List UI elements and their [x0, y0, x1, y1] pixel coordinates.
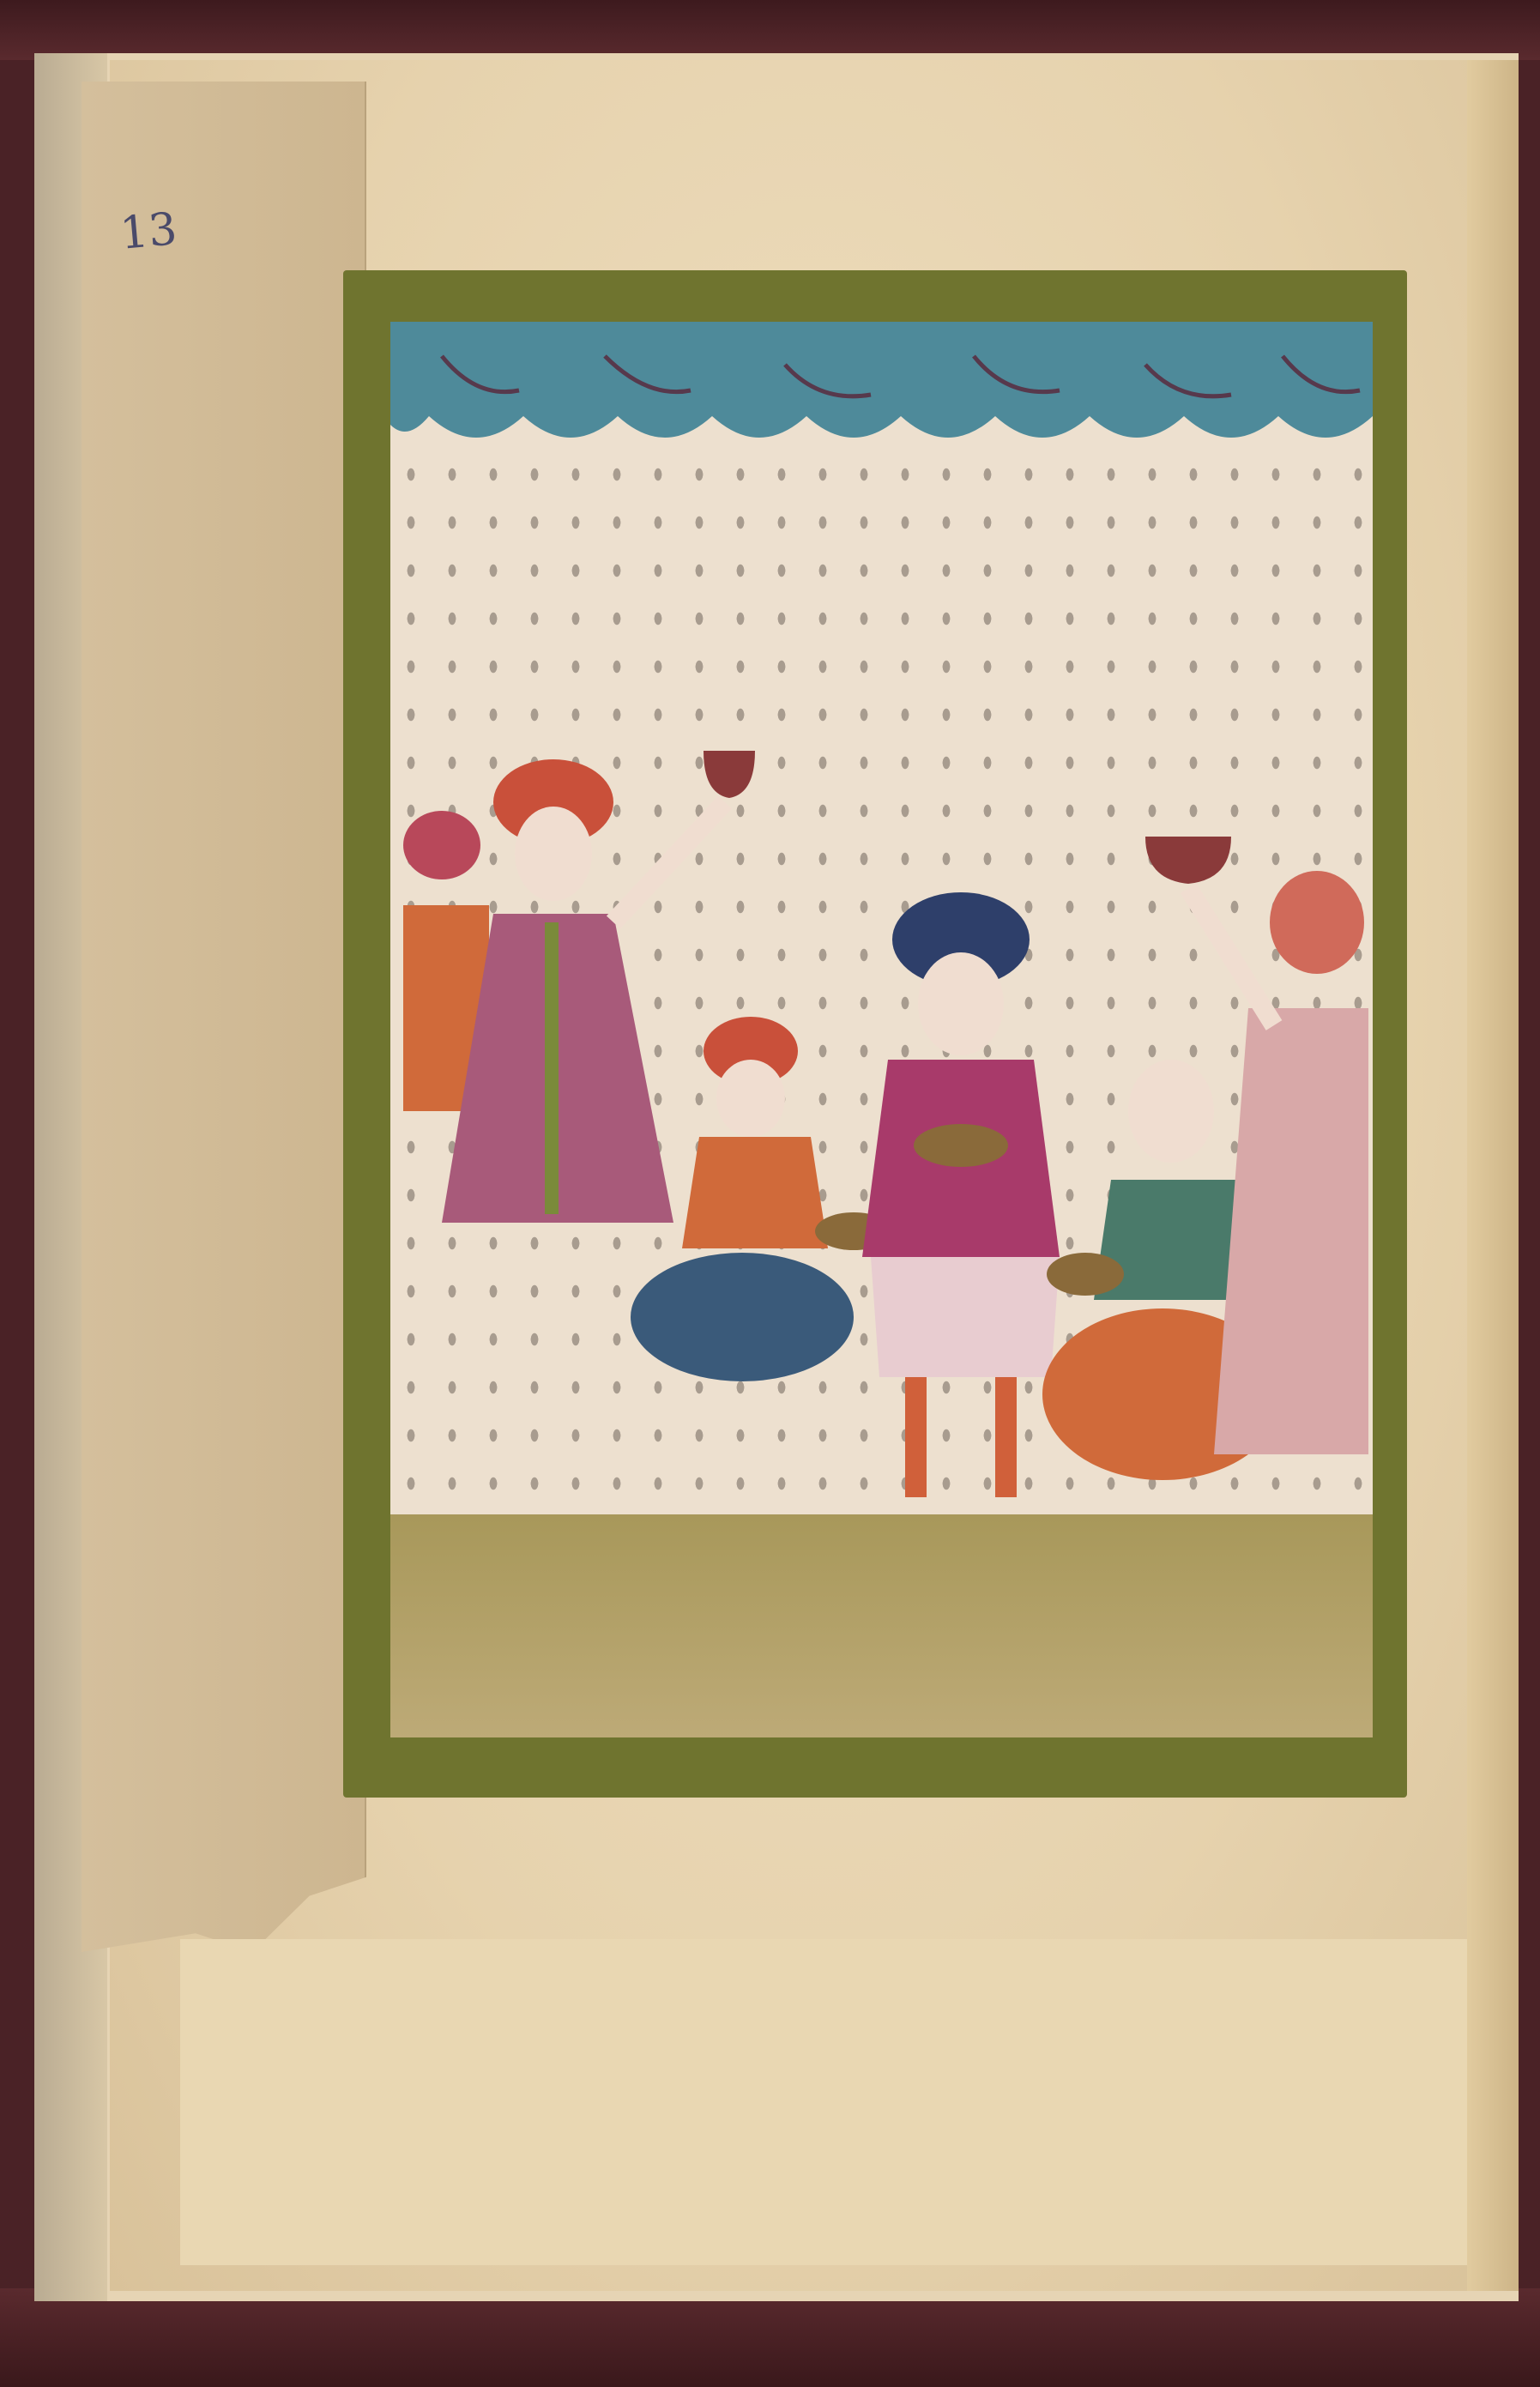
paper-stub — [82, 82, 366, 1952]
figures — [390, 322, 1373, 1737]
figure-standing-center — [862, 892, 1060, 1497]
illustration-frame — [343, 270, 1407, 1798]
figure-seated-center-left — [631, 1017, 892, 1381]
blank-lower-page — [180, 1939, 1467, 2265]
book-cover-top — [0, 0, 1540, 60]
folio-number: 13 — [118, 203, 179, 260]
page-edge — [1467, 60, 1519, 2291]
book-cover-bottom — [0, 2288, 1540, 2387]
illustration — [390, 322, 1373, 1737]
